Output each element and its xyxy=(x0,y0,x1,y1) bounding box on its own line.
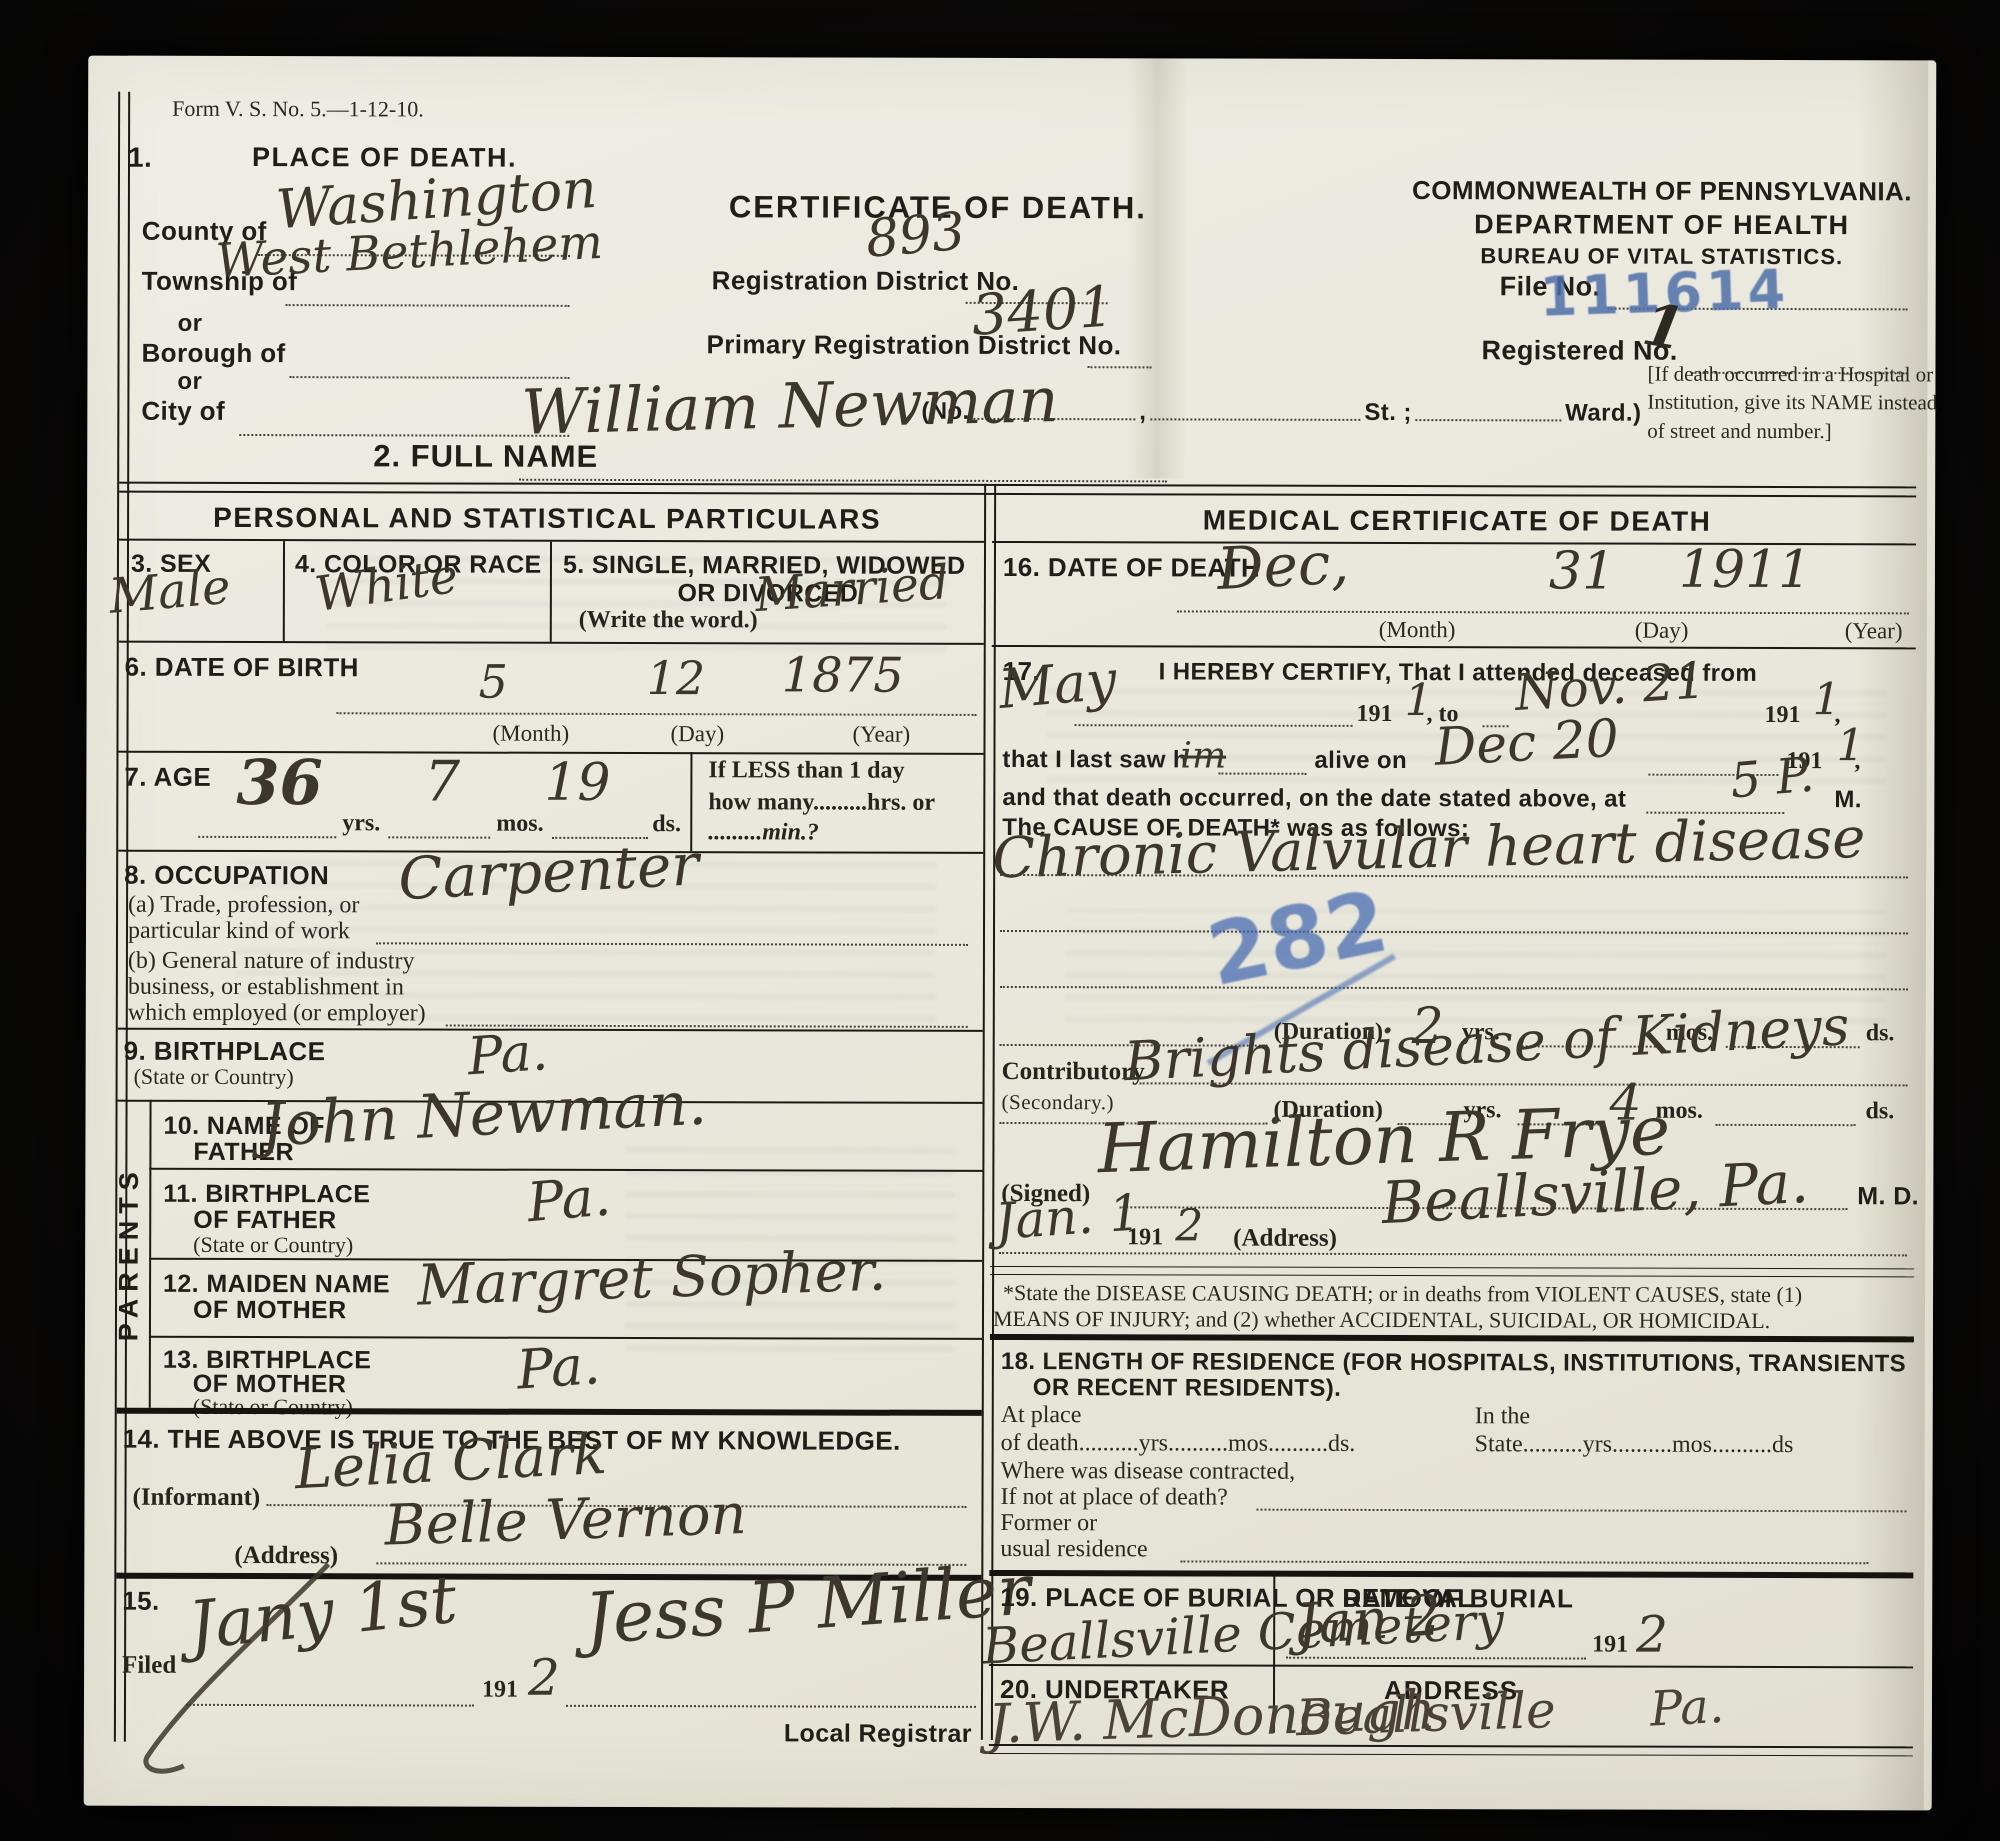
parents-vertical-label: PARENTS xyxy=(113,1158,144,1348)
birthplace-handwritten: Pa. xyxy=(466,1026,549,1083)
father-birthplace-hint: (State or Country) xyxy=(193,1232,353,1258)
hospital-note: [If death occurred in a Hospital or Inst… xyxy=(1647,360,1953,446)
attended-from-handwritten: May xyxy=(997,653,1119,717)
occupation-b-line3: which employed (or employer) xyxy=(128,1000,426,1028)
death-day-caption: (Day) xyxy=(1635,618,1689,644)
if-not-label: If not at place of death? xyxy=(1000,1484,1227,1512)
father-birthplace-label-line2: OF FATHER xyxy=(193,1206,336,1235)
age-yrs-unit: yrs. xyxy=(342,810,380,837)
last-saw-date-handwritten: Dec 20 xyxy=(1433,713,1620,774)
local-registrar-label: Local Registrar xyxy=(784,1719,972,1748)
city-label: City of xyxy=(141,396,225,427)
age-label: 7. AGE xyxy=(124,762,211,793)
or-label-1: or xyxy=(178,310,203,338)
marital-hint: (Write the word.) xyxy=(579,607,758,634)
dob-dotted-line xyxy=(337,710,977,716)
township-dotted-line xyxy=(286,302,570,307)
row-divider xyxy=(119,641,984,645)
md-label: M. D. xyxy=(1857,1182,1919,1211)
less-than-line3: .........min.? xyxy=(708,819,819,846)
death-month-caption: (Month) xyxy=(1379,617,1456,643)
burial-date-handwritten: Jan 2 xyxy=(1294,1588,1443,1654)
from-year-printed: 191 xyxy=(1357,701,1393,728)
primary-district-handwritten: 3401 xyxy=(970,279,1116,344)
scanned-death-certificate: Form V. S. No. 5.—1-12-10. 1. PLACE OF D… xyxy=(0,0,2000,1841)
usual-residence-label: usual residence xyxy=(1000,1536,1147,1563)
township-handwritten: West Bethlehem xyxy=(215,219,604,285)
signed-year-printed: 191 xyxy=(1127,1224,1163,1251)
age-dotted-1 xyxy=(198,834,336,838)
row-divider xyxy=(118,1028,983,1032)
age-years-handwritten: 36 xyxy=(236,752,322,814)
occupation-b-line2: business, or establishment in xyxy=(128,974,404,1002)
death-time-handwritten: 5 P. xyxy=(1729,751,1816,806)
dob-day-handwritten: 12 xyxy=(647,655,706,701)
dob-month-handwritten: 5 xyxy=(479,659,508,705)
form-number: Form V. S. No. 5.—1-12-10. xyxy=(172,96,424,123)
physician-address-label: (Address) xyxy=(1233,1225,1337,1253)
residence-label-line2: OR RECENT RESIDENTS). xyxy=(1033,1374,1342,1403)
residence-state-line: State..........yrs..........mos.........… xyxy=(1475,1431,1794,1459)
section-19-top-rule xyxy=(989,1570,1913,1578)
footnote-line1: *State the DISEASE CAUSING DEATH; or in … xyxy=(1003,1280,1802,1308)
occupation-label: 8. OCCUPATION xyxy=(124,860,329,892)
signature-flourish xyxy=(118,1556,369,1782)
duration2-ds-unit: ds. xyxy=(1865,1098,1894,1125)
registration-district-handwritten: 893 xyxy=(864,206,967,266)
header-divider-rule xyxy=(119,482,1916,498)
undertaker-town-handwritten: Beallsville xyxy=(1295,1685,1556,1743)
street-st-label: St. ; xyxy=(1364,399,1411,427)
filed-dotted-2 xyxy=(566,1703,976,1708)
mother-name-handwritten: Margret Sopher. xyxy=(416,1244,887,1315)
comma-b: , xyxy=(1854,748,1860,775)
dob-day-caption: (Day) xyxy=(670,721,724,747)
residence-death-line: of death..........yrs..........mos......… xyxy=(1001,1430,1356,1458)
father-name-handwritten: John Newman. xyxy=(259,1074,708,1156)
dob-year-handwritten: 1875 xyxy=(782,651,904,699)
marital-handwritten: Married xyxy=(754,559,951,619)
burial-year-printed: 191 xyxy=(1592,1632,1628,1659)
physician-address-dotted xyxy=(999,1250,1907,1256)
last-saw-pre: that I last saw h xyxy=(1002,746,1188,774)
full-name-handwritten: William Newman xyxy=(521,369,1059,444)
cause-dotted-2 xyxy=(1000,928,1908,934)
street-dotted-3 xyxy=(1416,417,1561,421)
commonwealth-label: COMMONWEALTH OF PENNSYLVANIA. xyxy=(1382,175,1942,207)
at-place-label: At place xyxy=(1001,1402,1082,1429)
occupation-b-line1: (b) General nature of industry xyxy=(128,948,415,976)
full-name-dotted xyxy=(519,477,1167,483)
age-months-handwritten: 7 xyxy=(424,754,460,810)
filed-year-handwritten: 2 xyxy=(528,1653,560,1703)
death-date-dotted xyxy=(1177,608,1909,614)
less-than-line2: how many.........hrs. or xyxy=(708,789,935,817)
street-dotted-2 xyxy=(1150,416,1360,421)
section-18-top-rule xyxy=(990,1334,1914,1342)
occupation-a-line2: particular kind of work xyxy=(128,918,350,946)
dob-year-caption: (Year) xyxy=(852,722,910,748)
primary-district-dotted xyxy=(1087,364,1151,368)
race-marital-divider xyxy=(550,542,552,642)
usual-residence-dotted xyxy=(1180,1558,1868,1564)
former-label: Former or xyxy=(1000,1510,1097,1537)
burial-date-dotted xyxy=(1286,1655,1586,1660)
occupation-a-dotted xyxy=(376,940,968,946)
death-year-handwritten: 1911 xyxy=(1679,544,1811,596)
dob-label: 6. DATE OF BIRTH xyxy=(125,652,359,684)
contributory-handwritten: Brights disease of Kidneys xyxy=(1123,999,1851,1089)
certificate-paper: Form V. S. No. 5.—1-12-10. 1. PLACE OF D… xyxy=(84,56,1937,1811)
footnote-divider xyxy=(990,1266,1914,1277)
birthplace-label: 9. BIRTHPLACE xyxy=(124,1036,326,1068)
section-1-number: 1. xyxy=(128,142,152,174)
age-days-handwritten: 19 xyxy=(544,757,610,809)
row-divider xyxy=(992,645,1916,649)
parents-column-divider xyxy=(149,1100,152,1408)
street-ward-label: Ward.) xyxy=(1565,399,1641,427)
in-the-label: In the xyxy=(1475,1403,1530,1430)
occupation-a-line1: (a) Trade, profession, or xyxy=(128,892,359,920)
filed-year-printed: 191 xyxy=(482,1677,518,1704)
signed-date-handwritten: Jan. 1 xyxy=(994,1187,1143,1247)
footnote-line2: MEANS OF INJURY; and (2) whether ACCIDEN… xyxy=(993,1306,1770,1334)
death-occurred-statement: and that death occurred, on the date sta… xyxy=(1002,784,1626,814)
city-dotted-line xyxy=(239,432,569,437)
duration2-dotted-3 xyxy=(1715,1122,1855,1126)
mother-name-label-line2: OF MOTHER xyxy=(193,1296,347,1325)
disease-contracted-label: Where was disease contracted, xyxy=(1001,1458,1296,1486)
last-saw-post: alive on xyxy=(1314,747,1407,775)
informant-address-handwritten: Belle Vernon xyxy=(384,1487,748,1555)
informant-label: (Informant) xyxy=(132,1484,260,1512)
dob-month-caption: (Month) xyxy=(492,721,569,747)
father-birthplace-handwritten: Pa. xyxy=(525,1169,613,1230)
registrar-signature-handwritten: Jess P Miller xyxy=(582,1555,1032,1655)
age-dotted-2 xyxy=(388,834,490,838)
age-mos-unit: mos. xyxy=(496,811,543,838)
registered-no-handwritten: 1 xyxy=(1639,295,1689,359)
signed-year-handwritten: 2 xyxy=(1175,1204,1203,1248)
personal-section-title: PERSONAL AND STATISTICAL PARTICULARS xyxy=(147,502,947,536)
form-bottom-rule xyxy=(989,1744,1913,1756)
last-saw-dotted-1 xyxy=(1218,771,1306,775)
paper-edge-shadow xyxy=(1854,60,1929,1810)
mother-birthplace-handwritten: Pa. xyxy=(515,1338,602,1397)
birthplace-hint: (State or Country) xyxy=(134,1064,294,1090)
duration1-ds-unit: ds. xyxy=(1866,1020,1895,1047)
last-saw-him-struck: im xyxy=(1180,738,1226,774)
undertaker-state-handwritten: Pa. xyxy=(1649,1682,1725,1734)
if-not-dotted xyxy=(1256,1507,1906,1513)
death-day-handwritten: 31 xyxy=(1549,545,1615,597)
death-year-caption: (Year) xyxy=(1845,618,1903,644)
attended-dotted-1 xyxy=(1075,722,1353,727)
cause-dotted-3 xyxy=(1000,984,1908,990)
borough-label: Borough of xyxy=(141,338,285,369)
death-month-handwritten: Dec, xyxy=(1216,533,1350,597)
less-than-line1: If LESS than 1 day xyxy=(708,757,904,785)
department-label: DEPARTMENT OF HEALTH xyxy=(1382,209,1942,241)
medical-section-title: MEDICAL CERTIFICATE OF DEATH xyxy=(1027,504,1887,538)
street-comma: , xyxy=(1139,398,1146,426)
occupation-handwritten: Carpenter xyxy=(397,835,700,908)
sex-handwritten: Male xyxy=(107,563,232,621)
or-label-2: or xyxy=(177,368,202,396)
burial-year-handwritten: 2 xyxy=(1636,1610,1668,1660)
to-year-printed: 191 xyxy=(1765,702,1801,729)
sex-race-divider xyxy=(283,541,285,641)
